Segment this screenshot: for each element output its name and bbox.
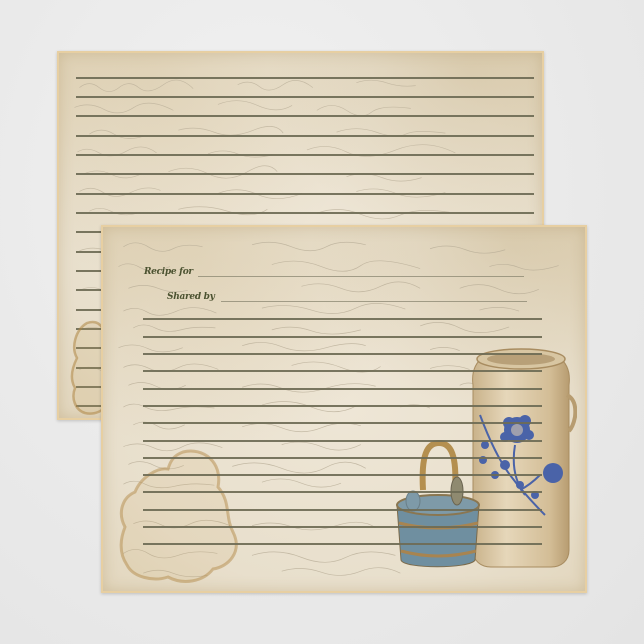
ruled-line [76,193,534,195]
ruled-line [76,115,534,117]
shared-by-line[interactable] [221,301,527,302]
ruled-line[interactable] [143,336,542,338]
ruled-line[interactable] [143,440,542,442]
ruled-line[interactable] [143,474,542,476]
shared-by-label: Shared by [167,292,215,302]
ruled-line [76,135,534,137]
wooden-bucket-icon [391,435,486,575]
ruled-line[interactable] [143,509,542,511]
ruled-line [76,77,534,79]
ruled-line[interactable] [143,543,542,545]
recipe-card-front: Recipe for Shared by [101,225,587,593]
ruled-line[interactable] [143,405,542,407]
coffee-stain-icon [113,447,243,587]
ruled-line[interactable] [143,370,542,372]
recipe-for-line[interactable] [198,276,524,277]
recipe-for-label: Recipe for [144,267,193,277]
ruled-line [76,154,534,156]
handwriting-texture [103,227,585,591]
ruled-line [76,96,534,98]
ruled-line[interactable] [143,388,542,390]
ruled-line[interactable] [143,457,542,459]
ruled-line[interactable] [143,526,542,528]
ruled-line[interactable] [143,353,542,355]
ruled-line[interactable] [143,422,542,424]
ruled-line[interactable] [143,318,542,320]
ruled-line[interactable] [143,491,542,493]
ruled-line [76,173,534,175]
ruled-line [76,212,534,214]
